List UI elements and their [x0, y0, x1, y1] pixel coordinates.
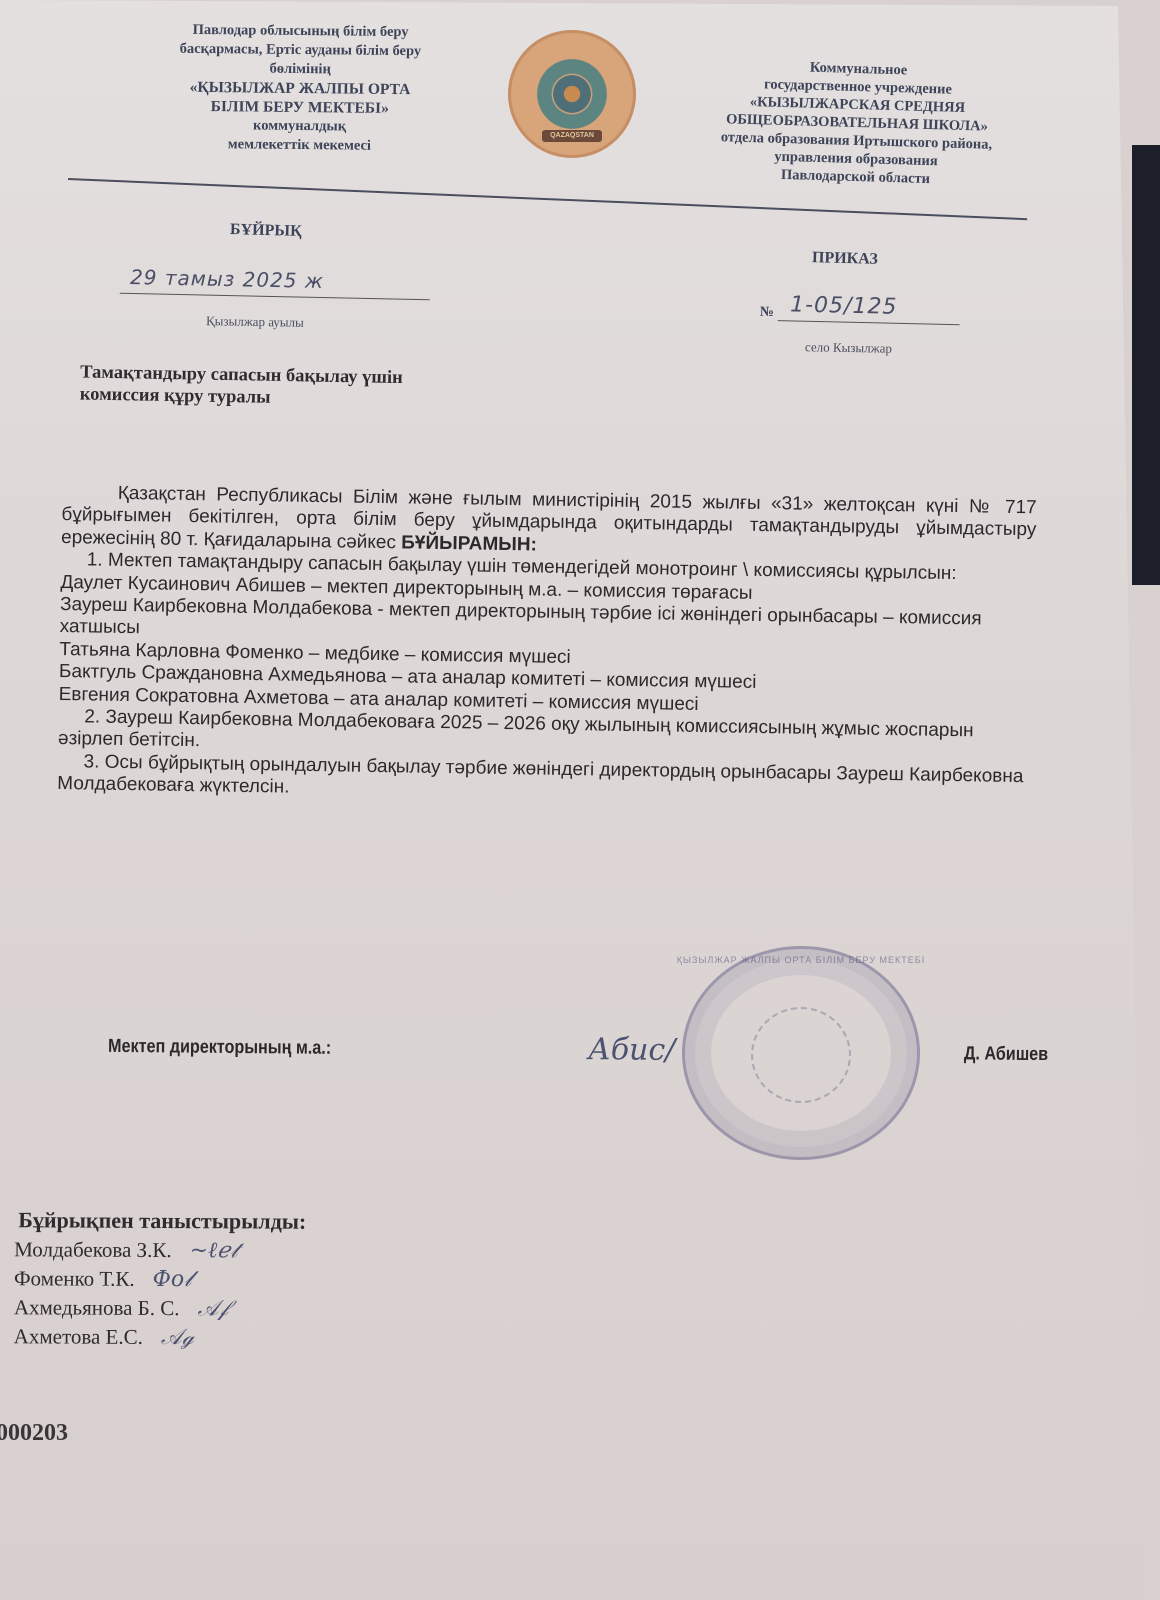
emblem-band: QAZAQSTAN: [542, 130, 602, 142]
header-line: басқармасы, Ертіс ауданы білім беру: [150, 39, 450, 61]
signature-scrawl: Абис/: [588, 1032, 676, 1068]
acknowledgement-row: Молдабекова З.К. ~ℓℯ𝓉: [14, 1235, 306, 1266]
emblem-sun: [553, 75, 591, 113]
place-kz: Қызылжар ауылы: [206, 313, 304, 331]
order-number-value: 1-05/125: [778, 292, 961, 325]
command-word: БҰЙЫРАМЫН:: [401, 532, 537, 555]
preamble-text: Қазақстан Республикасы Білім және ғылым …: [61, 483, 1037, 553]
header-kazakh: Павлодар облысының білім беру басқармасы…: [149, 20, 450, 156]
director-signature-block: Мектеп директорының м.а.: Абис/ Д. Абише…: [108, 1036, 1048, 1084]
document-title: Тамақтандыру сапасын бақылау үшін комисс…: [80, 361, 601, 414]
background-edge: [1132, 145, 1160, 585]
ack-signature: 𝒜ℊ: [161, 1323, 194, 1352]
document-body: Қазақстан Республикасы Білім және ғылым …: [57, 482, 1037, 811]
ack-signature: ~ℓℯ𝓉: [190, 1236, 238, 1265]
stamp-text: ҚЫЗЫЛЖАР ЖАЛПЫ ОРТА БІЛІМ БЕРУ МЕКТЕБІ: [677, 955, 925, 965]
document-page: Павлодар облысының білім беру басқармасы…: [0, 0, 1145, 1600]
order-label-ru: ПРИКАЗ: [812, 249, 878, 269]
order-date: 29 тамыз 2025 ж: [120, 265, 431, 300]
acknowledgement-block: Бұйрықпен таныстырылды: Молдабекова З.К.…: [14, 1207, 307, 1353]
header-line: «ҚЫЗЫЛЖАР ЖАЛПЫ ОРТА: [150, 77, 450, 99]
ack-name: Ахметова Е.С.: [14, 1322, 143, 1352]
signatory-name: Д. Абишев: [964, 1043, 1048, 1066]
acknowledgement-row: Фоменко Т.К. Фо𝓁: [14, 1264, 306, 1295]
signatory-role: Мектеп директорының м.а.:: [108, 1036, 331, 1060]
ack-signature: 𝒜𝒻: [197, 1294, 228, 1323]
ack-name: Молдабекова З.К.: [14, 1235, 172, 1265]
acknowledgement-row: Ахмедьянова Б. С. 𝒜𝒻: [14, 1293, 306, 1324]
document-code: 000203: [0, 1420, 68, 1447]
order-number: № 1-05/125: [760, 292, 961, 326]
place-ru: село Кызылжар: [805, 339, 892, 357]
ack-name: Фоменко Т.К.: [14, 1264, 135, 1294]
order-label-kz: БҰЙРЫҚ: [230, 221, 302, 241]
ack-signature: Фо𝓁: [153, 1265, 192, 1294]
header-line: мемлекеттік мекемесі: [149, 134, 449, 156]
acknowledgement-row: Ахметова Е.С. 𝒜ℊ: [14, 1322, 306, 1353]
acknowledgement-title: Бұйрықпен таныстырылды:: [18, 1207, 306, 1235]
header-russian: Коммунальное государственное учреждение …: [670, 55, 1043, 191]
ack-name: Ахмедьянова Б. С.: [14, 1293, 180, 1323]
number-sign: №: [760, 305, 774, 321]
state-emblem-icon: QAZAQSTAN: [508, 30, 636, 158]
